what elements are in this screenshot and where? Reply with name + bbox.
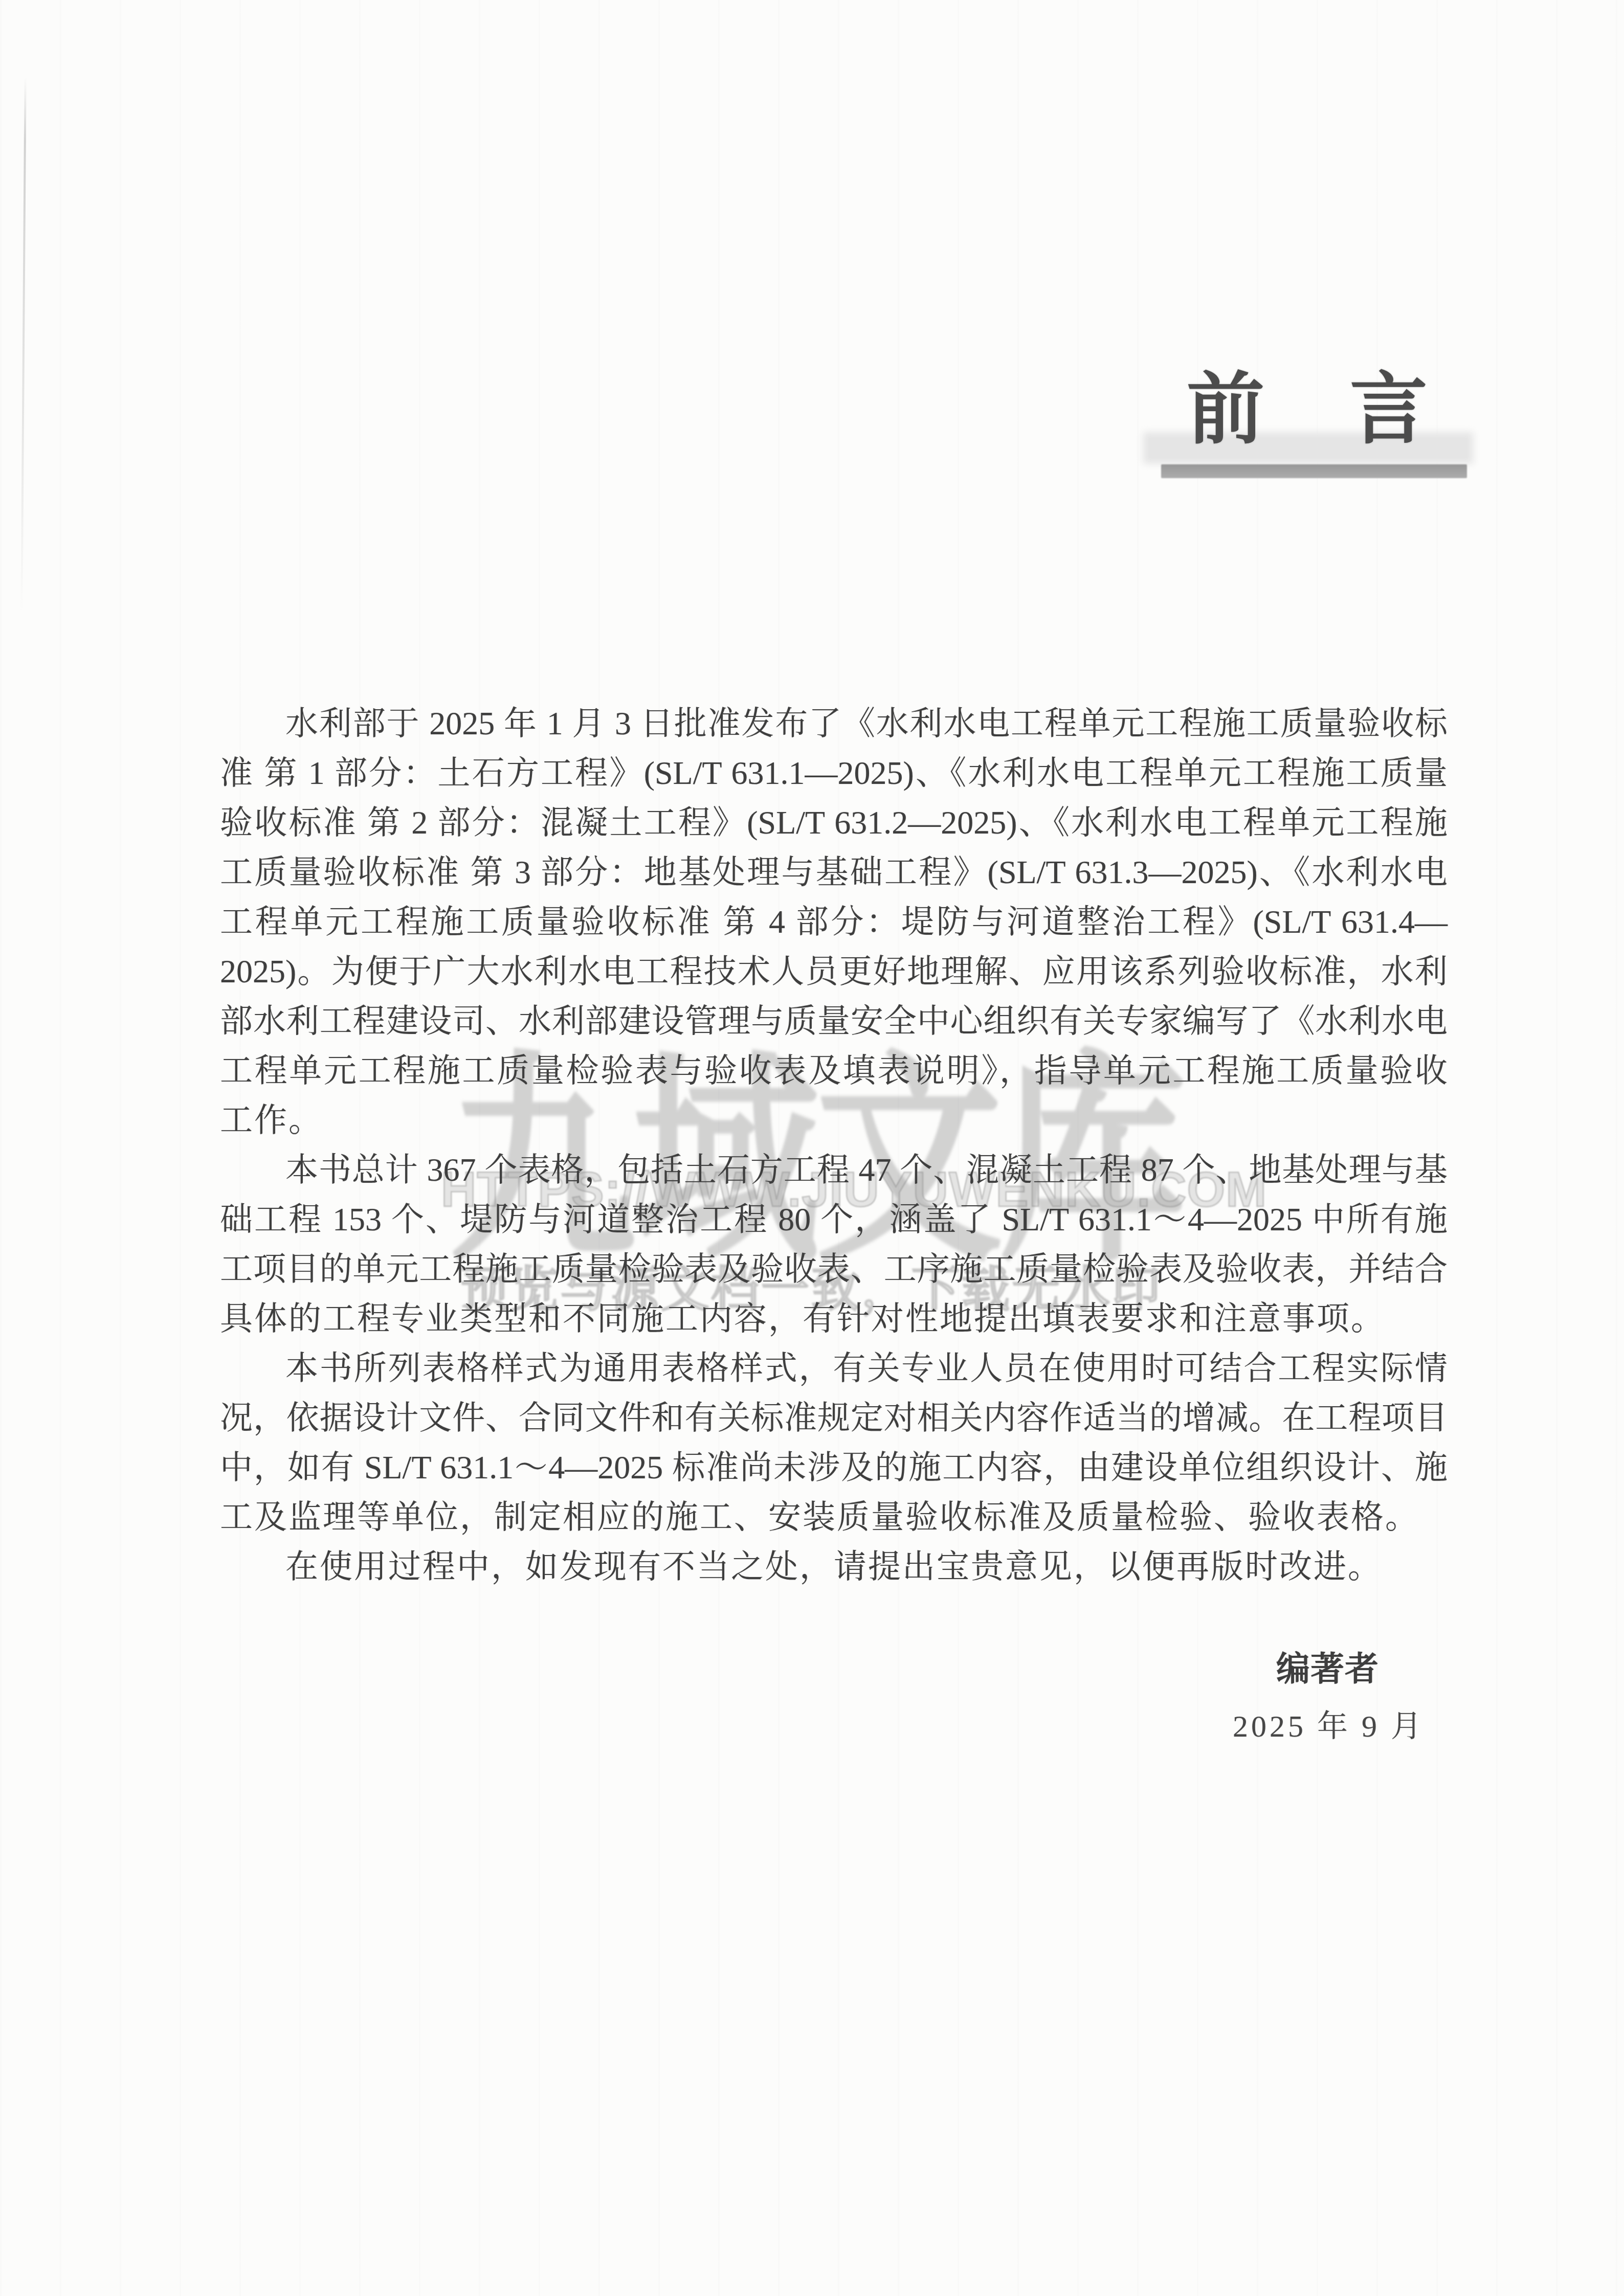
text-line: 工质量验收标准 第 3 部分：地基处理与基础工程》(SL/T 631.3—202… (220, 847, 1448, 897)
text-line: 准 第 1 部分：土石方工程》(SL/T 631.1—2025)、《水利水电工程… (220, 748, 1448, 798)
text-line: 工项目的单元工程施工质量检验表及验收表、工序施工质量检验表及验收表，并结合 (220, 1244, 1448, 1294)
text-line: 工作。 (220, 1095, 1448, 1145)
text-line: 中，如有 SL/T 631.1～4—2025 标准尚未涉及的施工内容，由建设单位… (220, 1443, 1448, 1492)
title-char-yan: 言 (1350, 369, 1428, 451)
paragraph-4: 在使用过程中，如发现有不当之处，请提出宝贵意见，以便再版时改进。 (220, 1542, 1448, 1591)
text-line: 工程单元工程施工质量检验表与验收表及填表说明》，指导单元工程施工质量验收 (220, 1046, 1448, 1095)
text-line: 验收标准 第 2 部分：混凝土工程》(SL/T 631.2—2025)、《水利水… (220, 798, 1448, 847)
paragraph-1: 水利部于 2025 年 1 月 3 日批准发布了《水利水电工程单元工程施工质量验… (220, 699, 1448, 1145)
text-line: 水利部于 2025 年 1 月 3 日批准发布了《水利水电工程单元工程施工质量验… (220, 699, 1448, 748)
text-line: 本书总计 367 个表格，包括土石方工程 47 个、混凝土工程 87 个、地基处… (220, 1145, 1448, 1195)
text-line: 工程单元工程施工质量验收标准 第 4 部分：堤防与河道整治工程》(SL/T 63… (220, 897, 1448, 947)
paragraph-3: 本书所列表格样式为通用表格样式，有关专业人员在使用时可结合工程实际情 况，依据设… (220, 1343, 1448, 1542)
text-line: 工及监理等单位，制定相应的施工、安装质量验收标准及质量检验、验收表格。 (220, 1492, 1448, 1542)
paragraph-2: 本书总计 367 个表格，包括土石方工程 47 个、混凝土工程 87 个、地基处… (220, 1145, 1448, 1343)
signature-author: 编著者 (1276, 1649, 1379, 1690)
page-title: 前 言 (1187, 369, 1428, 451)
scanned-preface-page: { "title": { "chars": ["前", "言"] }, "par… (0, 0, 1624, 2296)
title-char-qian: 前 (1187, 369, 1264, 451)
text-line: 部水利工程建设司、水利部建设管理与质量安全中心组织有关专家编写了《水利水电 (220, 996, 1448, 1046)
text-line: 在使用过程中，如发现有不当之处，请提出宝贵意见，以便再版时改进。 (220, 1542, 1448, 1591)
text-line: 础工程 153 个、堤防与河道整治工程 80 个，涵盖了 SL/T 631.1～… (220, 1195, 1448, 1244)
signature-date: 2025 年 9 月 (1233, 1707, 1425, 1746)
title-underline-bar (1161, 464, 1467, 478)
text-line: 具体的工程专业类型和不同施工内容，有针对性地提出填表要求和注意事项。 (220, 1294, 1448, 1343)
scan-artifact-line (20, 77, 26, 614)
text-line: 况，依据设计文件、合同文件和有关标准规定对相关内容作适当的增减。在工程项目 (220, 1393, 1448, 1443)
text-line: 2025)。为便于广大水利水电工程技术人员更好地理解、应用该系列验收标准，水利 (220, 947, 1448, 996)
preface-body: 水利部于 2025 年 1 月 3 日批准发布了《水利水电工程单元工程施工质量验… (220, 699, 1448, 1591)
text-line: 本书所列表格样式为通用表格样式，有关专业人员在使用时可结合工程实际情 (220, 1343, 1448, 1393)
